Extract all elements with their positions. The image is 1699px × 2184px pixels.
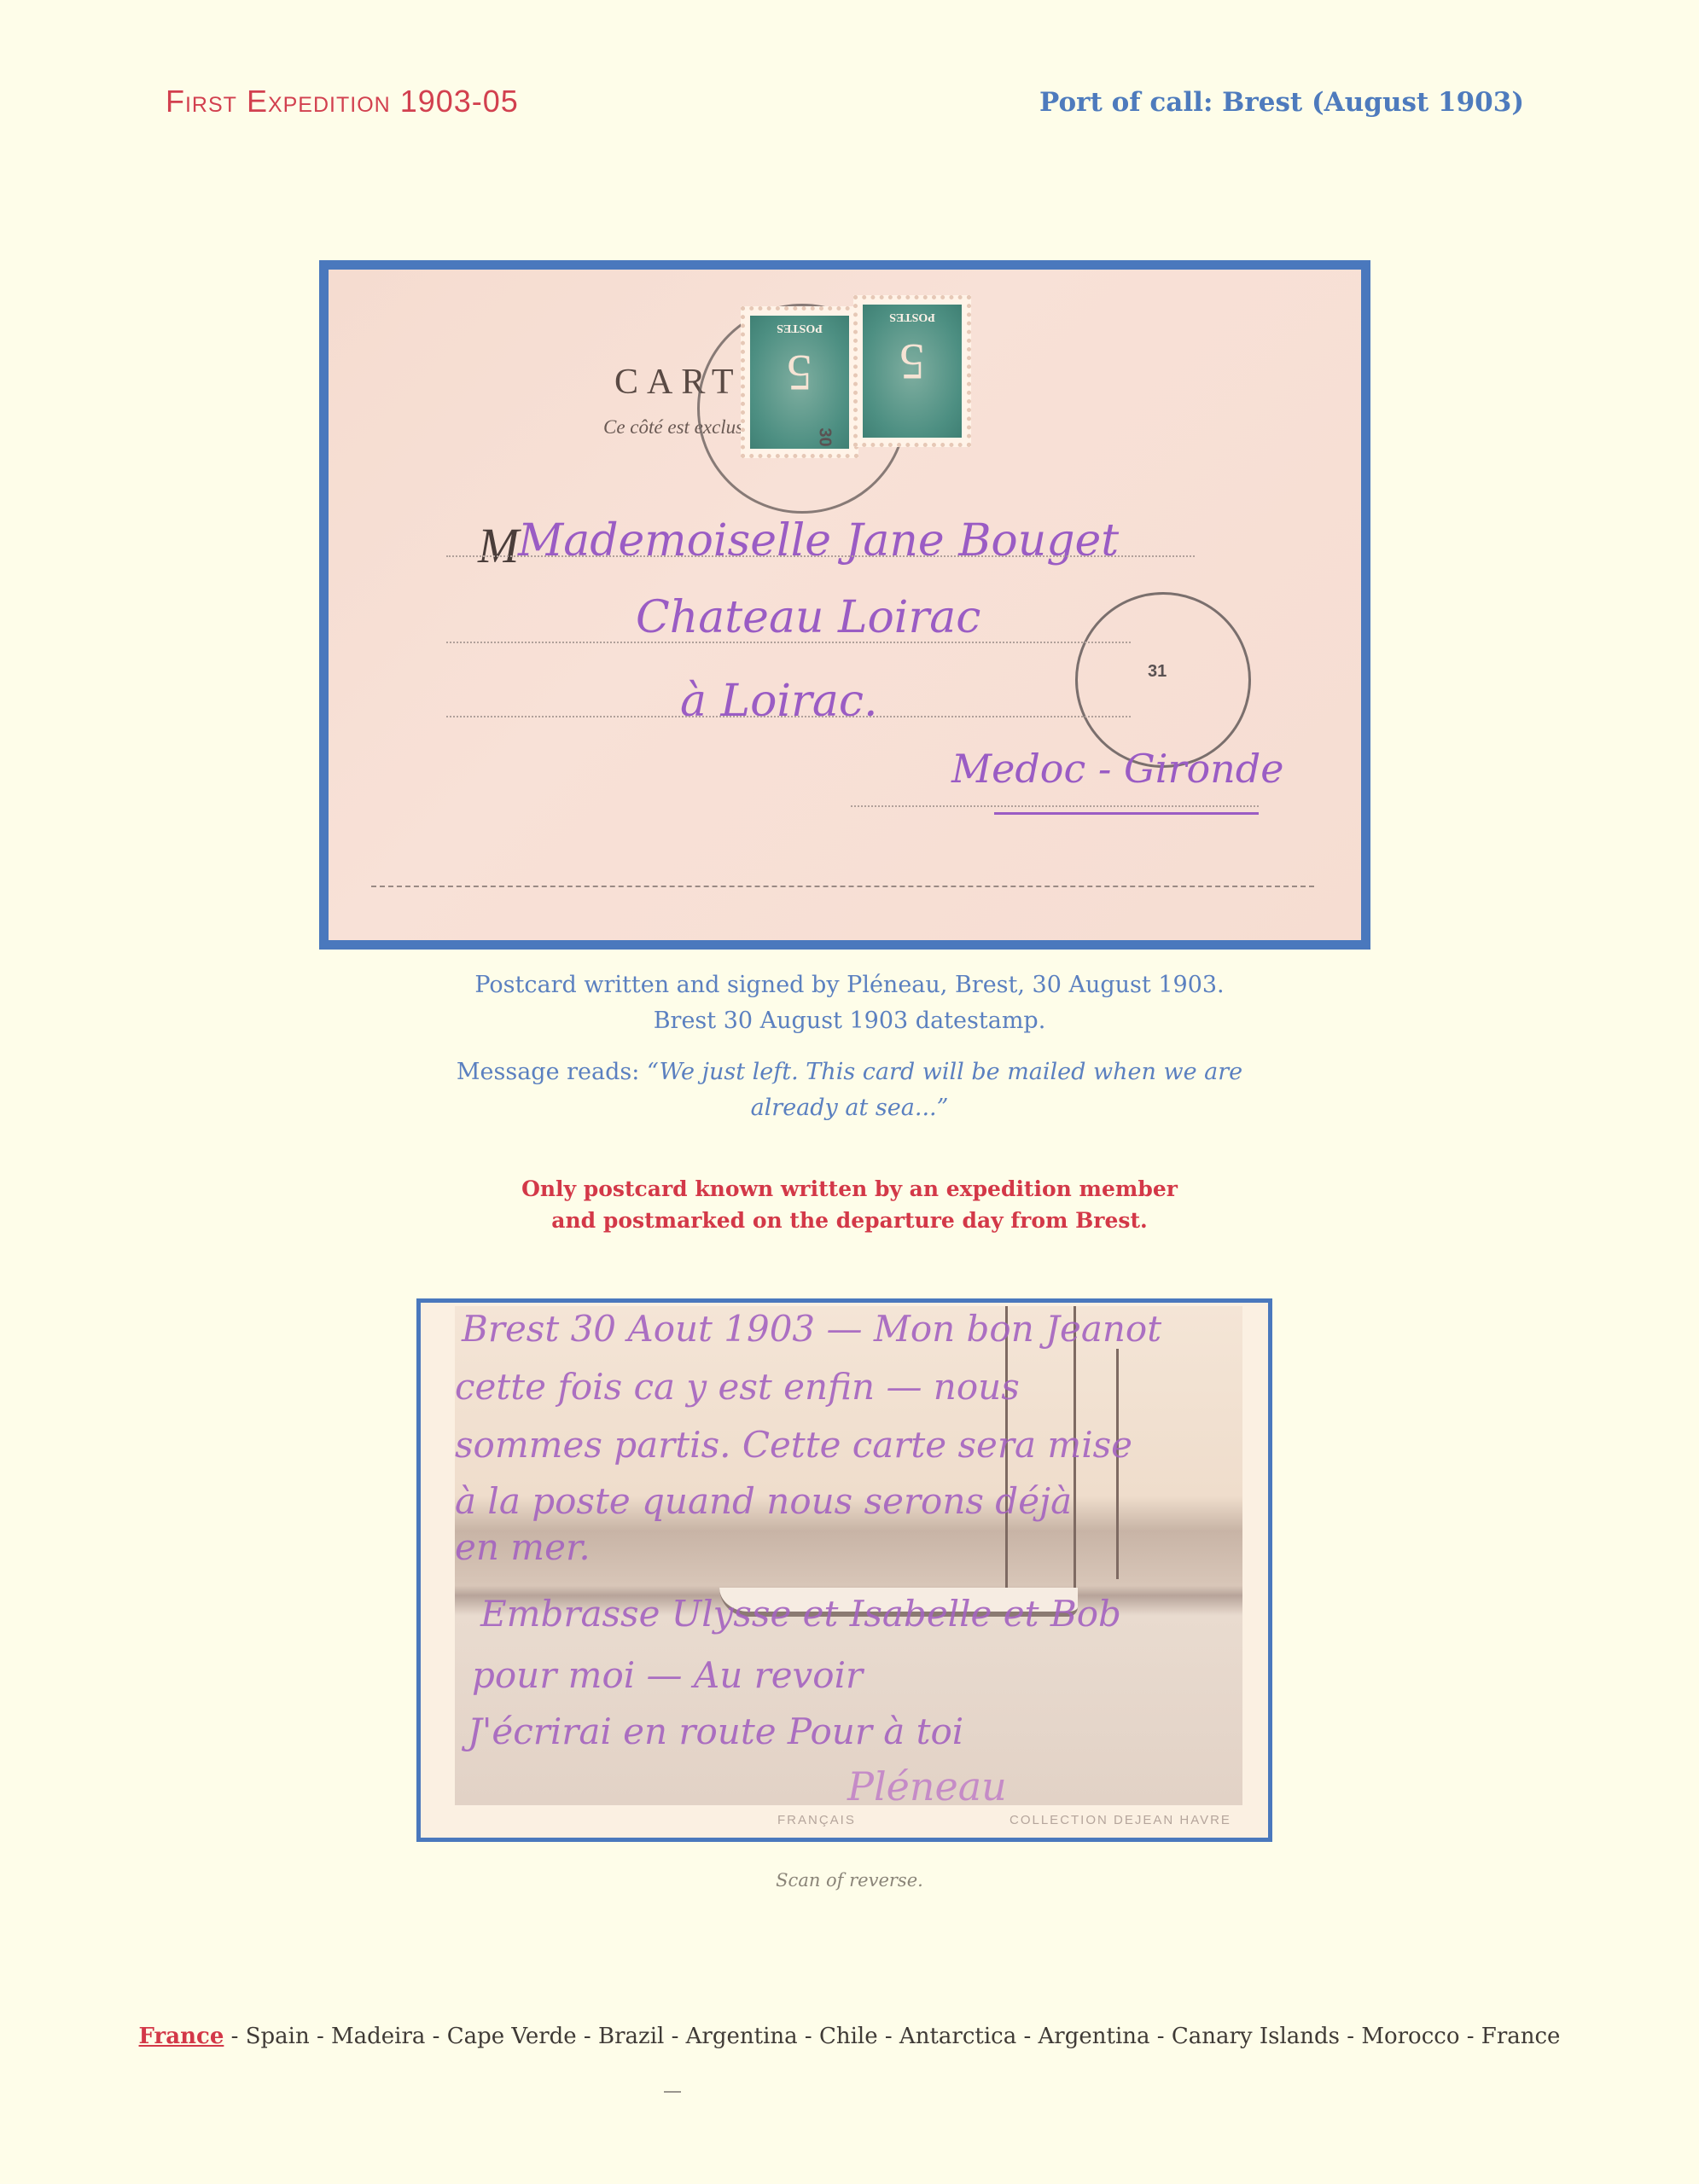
postcard-front-frame: CARTE POSTA Ce côté est exclusivement ré… [319, 260, 1370, 950]
address-line-1: Mademoiselle Jane Bouget [518, 515, 1119, 566]
route-current-stop: France [139, 2024, 224, 2049]
printed-salutation: M [478, 517, 519, 574]
address-rule [446, 716, 1131, 717]
stamp-label: POSTES [750, 321, 849, 334]
address-rule [446, 642, 1131, 643]
signature: Pléneau [847, 1763, 1007, 1809]
postcard-back: FRANÇAIS COLLECTION DEJEAN HAVRE Brest 3… [421, 1303, 1268, 1838]
expedition-route: France - Spain - Madeira - Cape Verde - … [0, 2024, 1699, 2049]
card-bottom-rule [371, 886, 1314, 887]
postcard-back-frame: FRANÇAIS COLLECTION DEJEAN HAVRE Brest 3… [416, 1298, 1272, 1842]
highlight-note: Only postcard known written by an expedi… [0, 1173, 1699, 1236]
port-of-call-title: Port of call: Brest (August 1903) [1039, 87, 1524, 118]
section-title: First Expedition 1903-05 [166, 84, 519, 119]
caption-description: Postcard written and signed by Pléneau, … [0, 967, 1699, 1039]
caption-line-2: Brest 30 August 1903 datestamp. [0, 1003, 1699, 1039]
stamp-2: POSTES 5 [853, 295, 971, 447]
address-line-2: Chateau Loirac [636, 592, 980, 643]
stamp-1: POSTES 5 [741, 306, 858, 458]
message-line: pour moi — Au revoir [472, 1654, 863, 1696]
brest-cancel-date: 30 [815, 427, 835, 446]
message-line: en mer. [455, 1526, 591, 1568]
photo-caption-right: COLLECTION DEJEAN HAVRE [1010, 1813, 1231, 1827]
page-mark [664, 2091, 681, 2093]
message-quote: “We just left. This card will be mailed … [647, 1059, 1242, 1121]
message-line: Brest 30 Aout 1903 — Mon bon Jeanot [462, 1308, 1161, 1350]
stamp-value: 5 [863, 332, 962, 391]
photo-caption-left: FRANÇAIS [777, 1813, 856, 1827]
stamp-value: 5 [750, 343, 849, 402]
address-line-3: à Loirac. [680, 676, 878, 727]
message-line: sommes partis. Cette carte sera mise [455, 1424, 1132, 1466]
message-line: Embrasse Ulysse et Isabelle et Bob [480, 1593, 1121, 1635]
message-line: J'écrirai en route Pour à toi [468, 1711, 963, 1752]
address-rule [851, 805, 1259, 807]
highlight-line-2: and postmarked on the departure day from… [0, 1205, 1699, 1236]
address-line-4: Medoc - Gironde [951, 746, 1283, 792]
caption-message: Message reads: “We just left. This card … [0, 1054, 1699, 1126]
highlight-line-1: Only postcard known written by an expedi… [0, 1173, 1699, 1205]
postcard-front: CARTE POSTA Ce côté est exclusivement ré… [329, 270, 1361, 940]
caption-line-1: Postcard written and signed by Pléneau, … [0, 967, 1699, 1003]
address-underline [994, 812, 1259, 815]
message-line: à la poste quand nous serons déjà [455, 1480, 1072, 1522]
stamp-label: POSTES [863, 310, 962, 323]
arrival-cancel-date: 31 [1148, 662, 1167, 682]
address-rule [446, 555, 1195, 557]
message-prefix: Message reads: [457, 1059, 647, 1085]
route-remaining-stops: - Spain - Madeira - Cape Verde - Brazil … [224, 2024, 1560, 2049]
message-line: cette fois ca y est enfin — nous [455, 1366, 1020, 1408]
reverse-caption: Scan of reverse. [0, 1870, 1699, 1891]
